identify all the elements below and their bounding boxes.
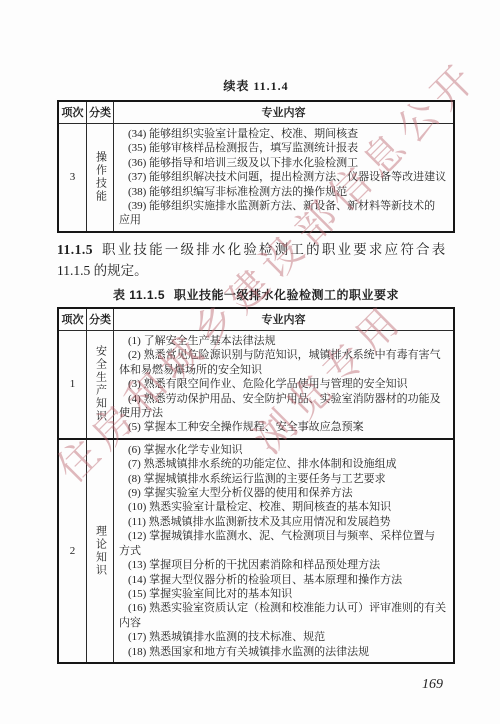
row-category-label: 操作技能 (95, 151, 106, 203)
row-content: (34) 能够组织实验室计量检定、校准、期间核查 (35) 能够审核样品检测报告… (113, 124, 453, 231)
content-line: (17) 熟悉城镇排水监测的技术标准、规范 (119, 630, 447, 644)
row-category: 操作技能 (86, 124, 113, 231)
table-header-row: 项次 分类 专业内容 (59, 102, 453, 124)
row-content: (1) 了解安全生产基本法律法规 (2) 熟悉常见危险源识别与防范知识，城镇排水… (113, 331, 453, 438)
table-row-theory-knowledge: 2 理论知识 (6) 掌握水化学专业知识 (7) 熟悉城镇排水系统的功能定位、排… (59, 438, 453, 662)
content-line: (34) 能够组织实验室计量检定、校准、期间核查 (119, 127, 447, 141)
content-line: (6) 掌握水化学专业知识 (119, 443, 447, 457)
caption-label: 表 11.1.5 (113, 288, 165, 302)
content-line: (4) 熟悉劳动保护用品、安全防护用品、实验室消防器材的功能及 (119, 392, 447, 406)
table-row: 3 操作技能 (34) 能够组织实验室计量检定、校准、期间核查 (35) 能够审… (59, 124, 453, 231)
content-line: 内容 (119, 616, 447, 630)
caption-text: 职业技能一级排水化验检测工的职业要求 (174, 288, 399, 302)
table-header-row: 项次 分类 专业内容 (59, 309, 453, 331)
content-line: 使用方法 (119, 406, 447, 420)
table-row-safety-knowledge: 1 安全生产知识 (1) 了解安全生产基本法律法规 (2) 熟悉常见危险源识别与… (59, 331, 453, 438)
header-cell-category: 分类 (86, 102, 113, 123)
clause-text: 职业技能一级排水化验检测工的职业要求应符合表 (102, 242, 447, 257)
header-cell-index: 项次 (59, 309, 86, 330)
content-line: 体和易燃易爆场所的安全知识 (119, 363, 447, 377)
content-line: (12) 掌握城镇排水监测水、泥、气检测项目与频率、采样位置与 (119, 529, 447, 543)
page-number: 169 (422, 677, 443, 693)
document-page: 住房和城乡建设部信息公开 浏览专用 续表 11.1.4 项次 分类 专业内容 3… (0, 0, 500, 724)
content-line: (5) 掌握本工种安全操作规程、安全事故应急预案 (119, 420, 447, 434)
content-line: (10) 熟悉实验室计量检定、校准、期间核查的基本知识 (119, 500, 447, 514)
content-line: (35) 能够审核样品检测报告，填写监测统计报表 (119, 141, 447, 155)
content-line: (14) 掌握大型仪器分析的检验项目、基本原理和操作方法 (119, 573, 447, 587)
table-11-1-5: 项次 分类 专业内容 1 安全生产知识 (1) 了解安全生产基本法律法规 (2)… (57, 307, 455, 664)
content-line: (9) 掌握实验室大型分析仪器的使用和保养方法 (119, 486, 447, 500)
content-line: (3) 熟悉有限空间作业、危险化学品使用与管理的安全知识 (119, 377, 447, 391)
content-line: (15) 掌握实验室间比对的基本知识 (119, 587, 447, 601)
content-line: (2) 熟悉常见危险源识别与防范知识，城镇排水系统中有毒有害气 (119, 348, 447, 362)
clause-paragraph: 11.1.5职业技能一级排水化验检测工的职业要求应符合表 11.1.5 的规定。 (57, 239, 455, 281)
content-line: (36) 能够指导和培训三级及以下排水化验检测工 (119, 156, 447, 170)
header-cell-content: 专业内容 (113, 102, 453, 123)
row-category: 安全生产知识 (86, 331, 113, 438)
row-category-label: 安全生产知识 (95, 345, 106, 423)
row-content: (6) 掌握水化学专业知识 (7) 熟悉城镇排水系统的功能定位、排水体制和设施组… (113, 440, 453, 662)
content-line: (18) 熟悉国家和地方有关城镇排水监测的法律法规 (119, 645, 447, 659)
content-line: (7) 熟悉城镇排水系统的功能定位、排水体制和设施组成 (119, 457, 447, 471)
content-line: (39) 能够组织实施排水监测新方法、新设备、新材料等新技术的 (119, 199, 447, 213)
row-index: 3 (59, 124, 86, 231)
content-line: (8) 掌握城镇排水系统运行监测的主要任务与工艺要求 (119, 472, 447, 486)
content-line: (1) 了解安全生产基本法律法规 (119, 334, 447, 348)
content-line: (37) 能够组织解决技术问题，提出检测方法、仪器设备等改进建议 (119, 170, 447, 184)
clause-line-2: 11.1.5 的规定。 (57, 260, 455, 281)
row-index: 2 (59, 440, 86, 662)
table-11-1-4-continued: 项次 分类 专业内容 3 操作技能 (34) 能够组织实验室计量检定、校准、期间… (57, 100, 455, 233)
row-category-label: 理论知识 (95, 525, 106, 577)
header-cell-content: 专业内容 (113, 309, 453, 330)
content-line: 应用 (119, 213, 447, 227)
content-line: (13) 掌握项目分析的干扰因素消除和样品预处理方法 (119, 558, 447, 572)
content-line: (16) 熟悉实验室资质认定（检测和校准能力认可）评审准则的有关 (119, 601, 447, 615)
table-continued-caption: 续表 11.1.4 (57, 77, 455, 94)
table-11-1-5-caption: 表 11.1.5职业技能一级排水化验检测工的职业要求 (57, 286, 455, 303)
content-line: 方式 (119, 544, 447, 558)
clause-number: 11.1.5 (57, 242, 93, 257)
row-index: 1 (59, 331, 86, 438)
clause-line-1: 11.1.5职业技能一级排水化验检测工的职业要求应符合表 (57, 239, 455, 260)
header-cell-index: 项次 (59, 102, 86, 123)
header-cell-category: 分类 (86, 309, 113, 330)
content-line: (38) 能够组织编写非标准检测方法的操作规范 (119, 185, 447, 199)
row-category: 理论知识 (86, 440, 113, 662)
content-line: (11) 熟悉城镇排水监测新技术及其应用情况和发展趋势 (119, 515, 447, 529)
